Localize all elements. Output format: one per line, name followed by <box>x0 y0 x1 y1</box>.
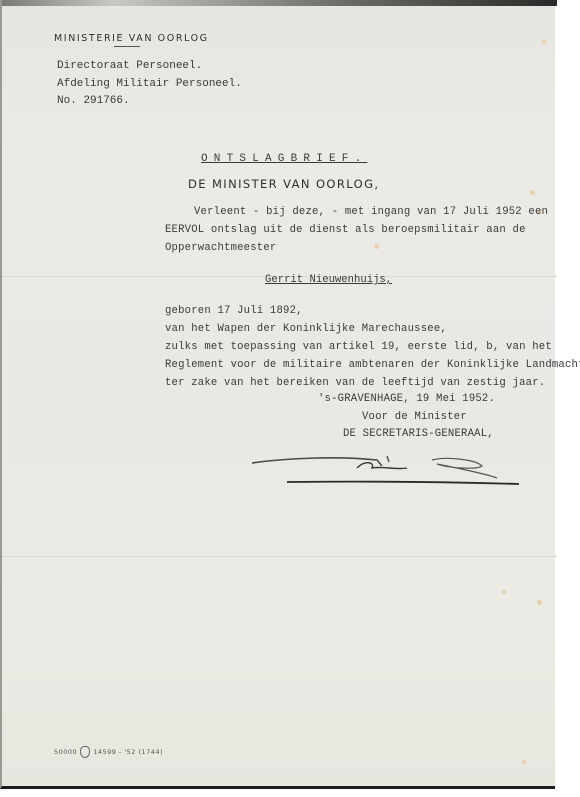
stain <box>530 190 535 195</box>
body-line: geboren 17 Juli 1892, <box>165 305 303 317</box>
issuer-heading: DE MINISTER VAN OORLOG, <box>188 177 380 191</box>
division-line: Afdeling Militair Personeel. <box>57 78 242 90</box>
signoff-line: Voor de Minister <box>362 411 467 423</box>
body-line: zulks met toepassing van artikel 19, eer… <box>165 341 552 353</box>
print-code: 5000014599 - '52 (1744) <box>54 746 163 758</box>
stain <box>522 760 526 764</box>
place-date: 's-GRAVENHAGE, 19 Mei 1952. <box>318 393 495 405</box>
signature-icon <box>247 448 527 488</box>
state-printing-seal-icon <box>80 746 90 758</box>
document-page: MINISTERIE VAN OORLOG Directoraat Person… <box>0 0 555 789</box>
stain <box>542 40 546 44</box>
body-line: Verleent - bij deze, - met ingang van 17… <box>194 206 548 218</box>
ministry-letterhead: MINISTERIE VAN OORLOG <box>54 33 209 44</box>
recipient-name: Gerrit Nieuwenhuijs, <box>265 274 392 286</box>
stain <box>502 590 506 594</box>
reference-number: No. 291766. <box>57 95 130 107</box>
body-line: Reglement voor de militaire ambtenaren d… <box>165 359 580 371</box>
stain <box>537 600 542 605</box>
fold-line-lower <box>2 555 557 557</box>
letter-title: ONTSLAGBRIEF. <box>201 153 367 165</box>
page-top-edge <box>2 0 557 6</box>
print-run: 50000 <box>54 748 77 756</box>
signoff-title: DE SECRETARIS-GENERAAL, <box>343 428 494 440</box>
department-line: Directoraat Personeel. <box>57 60 202 72</box>
print-reference: 14599 - '52 (1744) <box>93 748 163 756</box>
body-line: van het Wapen der Koninklijke Marechauss… <box>165 323 447 335</box>
body-line: EERVOL ontslag uit de dienst als beroeps… <box>165 224 526 236</box>
letterhead-underline <box>114 46 140 47</box>
body-line: ter zake van het bereiken van de leeftij… <box>165 377 545 389</box>
body-line: Opperwachtmeester <box>165 242 276 254</box>
stain <box>374 244 379 249</box>
